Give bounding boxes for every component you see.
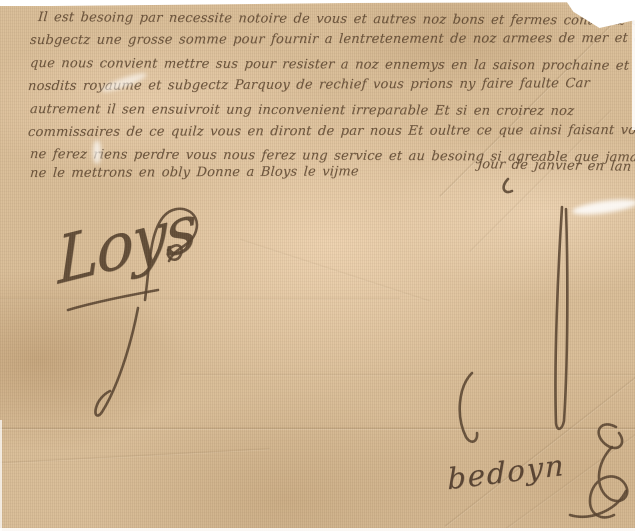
manuscript-line: nosdits royaume et subgectz Parquoy de r… <box>28 76 591 94</box>
fold-crease-center <box>240 238 431 303</box>
scan-edge-left <box>0 420 2 531</box>
manuscript-line: Il est besoing par necessite notoire de … <box>37 10 635 29</box>
fold-crease-lower <box>180 373 635 376</box>
royal-signature: Loys <box>56 190 196 300</box>
scan-glare-spot <box>571 196 635 217</box>
fold-crease-horizontal-main <box>0 427 635 430</box>
manuscript-line: commissaires de ce quilz vous en diront … <box>28 123 635 140</box>
manuscript-line: autrement il sen ensuivroit ung inconven… <box>29 102 574 119</box>
manuscript-line: que nous convient mettre sus pour resist… <box>29 56 635 74</box>
manuscript-page: Il est besoing par necessite notoire de … <box>0 0 635 531</box>
closing-date-line: ne le mettrons en obly Donne a Bloys le … <box>30 164 360 181</box>
fold-crease-bottom-right <box>444 347 635 528</box>
secretary-signature: bedoyn <box>447 448 566 497</box>
manuscript-line: subgectz une grosse somme pour fournir a… <box>30 31 635 48</box>
scan-edge-top <box>0 0 635 6</box>
fold-crease-bottom-left <box>0 447 270 465</box>
closing-date-fragment: jour de janvier en lan <box>477 157 632 175</box>
